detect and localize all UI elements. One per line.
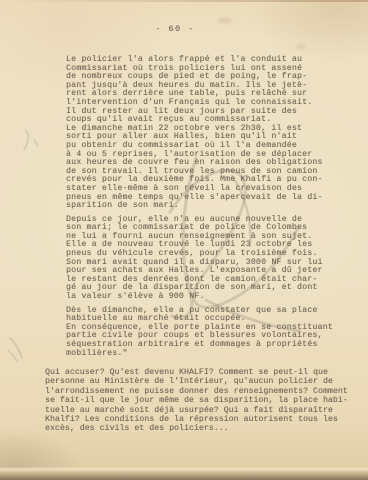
scan-bottom-edge: [0, 467, 368, 480]
paper-smudge: [218, 17, 232, 24]
scan-top-edge: [0, 0, 368, 2]
paper-smudge: [296, 44, 306, 50]
testimony-paragraph-2: Depuis ce jour, elle n'a eu aucune nouve…: [66, 216, 334, 302]
page-number: - 60 -: [0, 24, 350, 34]
commentary-paragraph: Qui accuser? Qu'est devenu KHALFI? Comme…: [45, 368, 360, 434]
margin-pencil-marks: [8, 130, 38, 361]
scanned-typewritten-page: - 60 - Le policier l'a alors frappé et l…: [0, 0, 368, 480]
quoted-testimony-block: Le policier l'a alors frappé et l'a cond…: [66, 56, 334, 363]
testimony-paragraph-1: Le policier l'a alors frappé et l'a cond…: [66, 56, 334, 211]
testimony-paragraph-3: Dès le dimanche, elle a pu constater que…: [66, 307, 334, 359]
